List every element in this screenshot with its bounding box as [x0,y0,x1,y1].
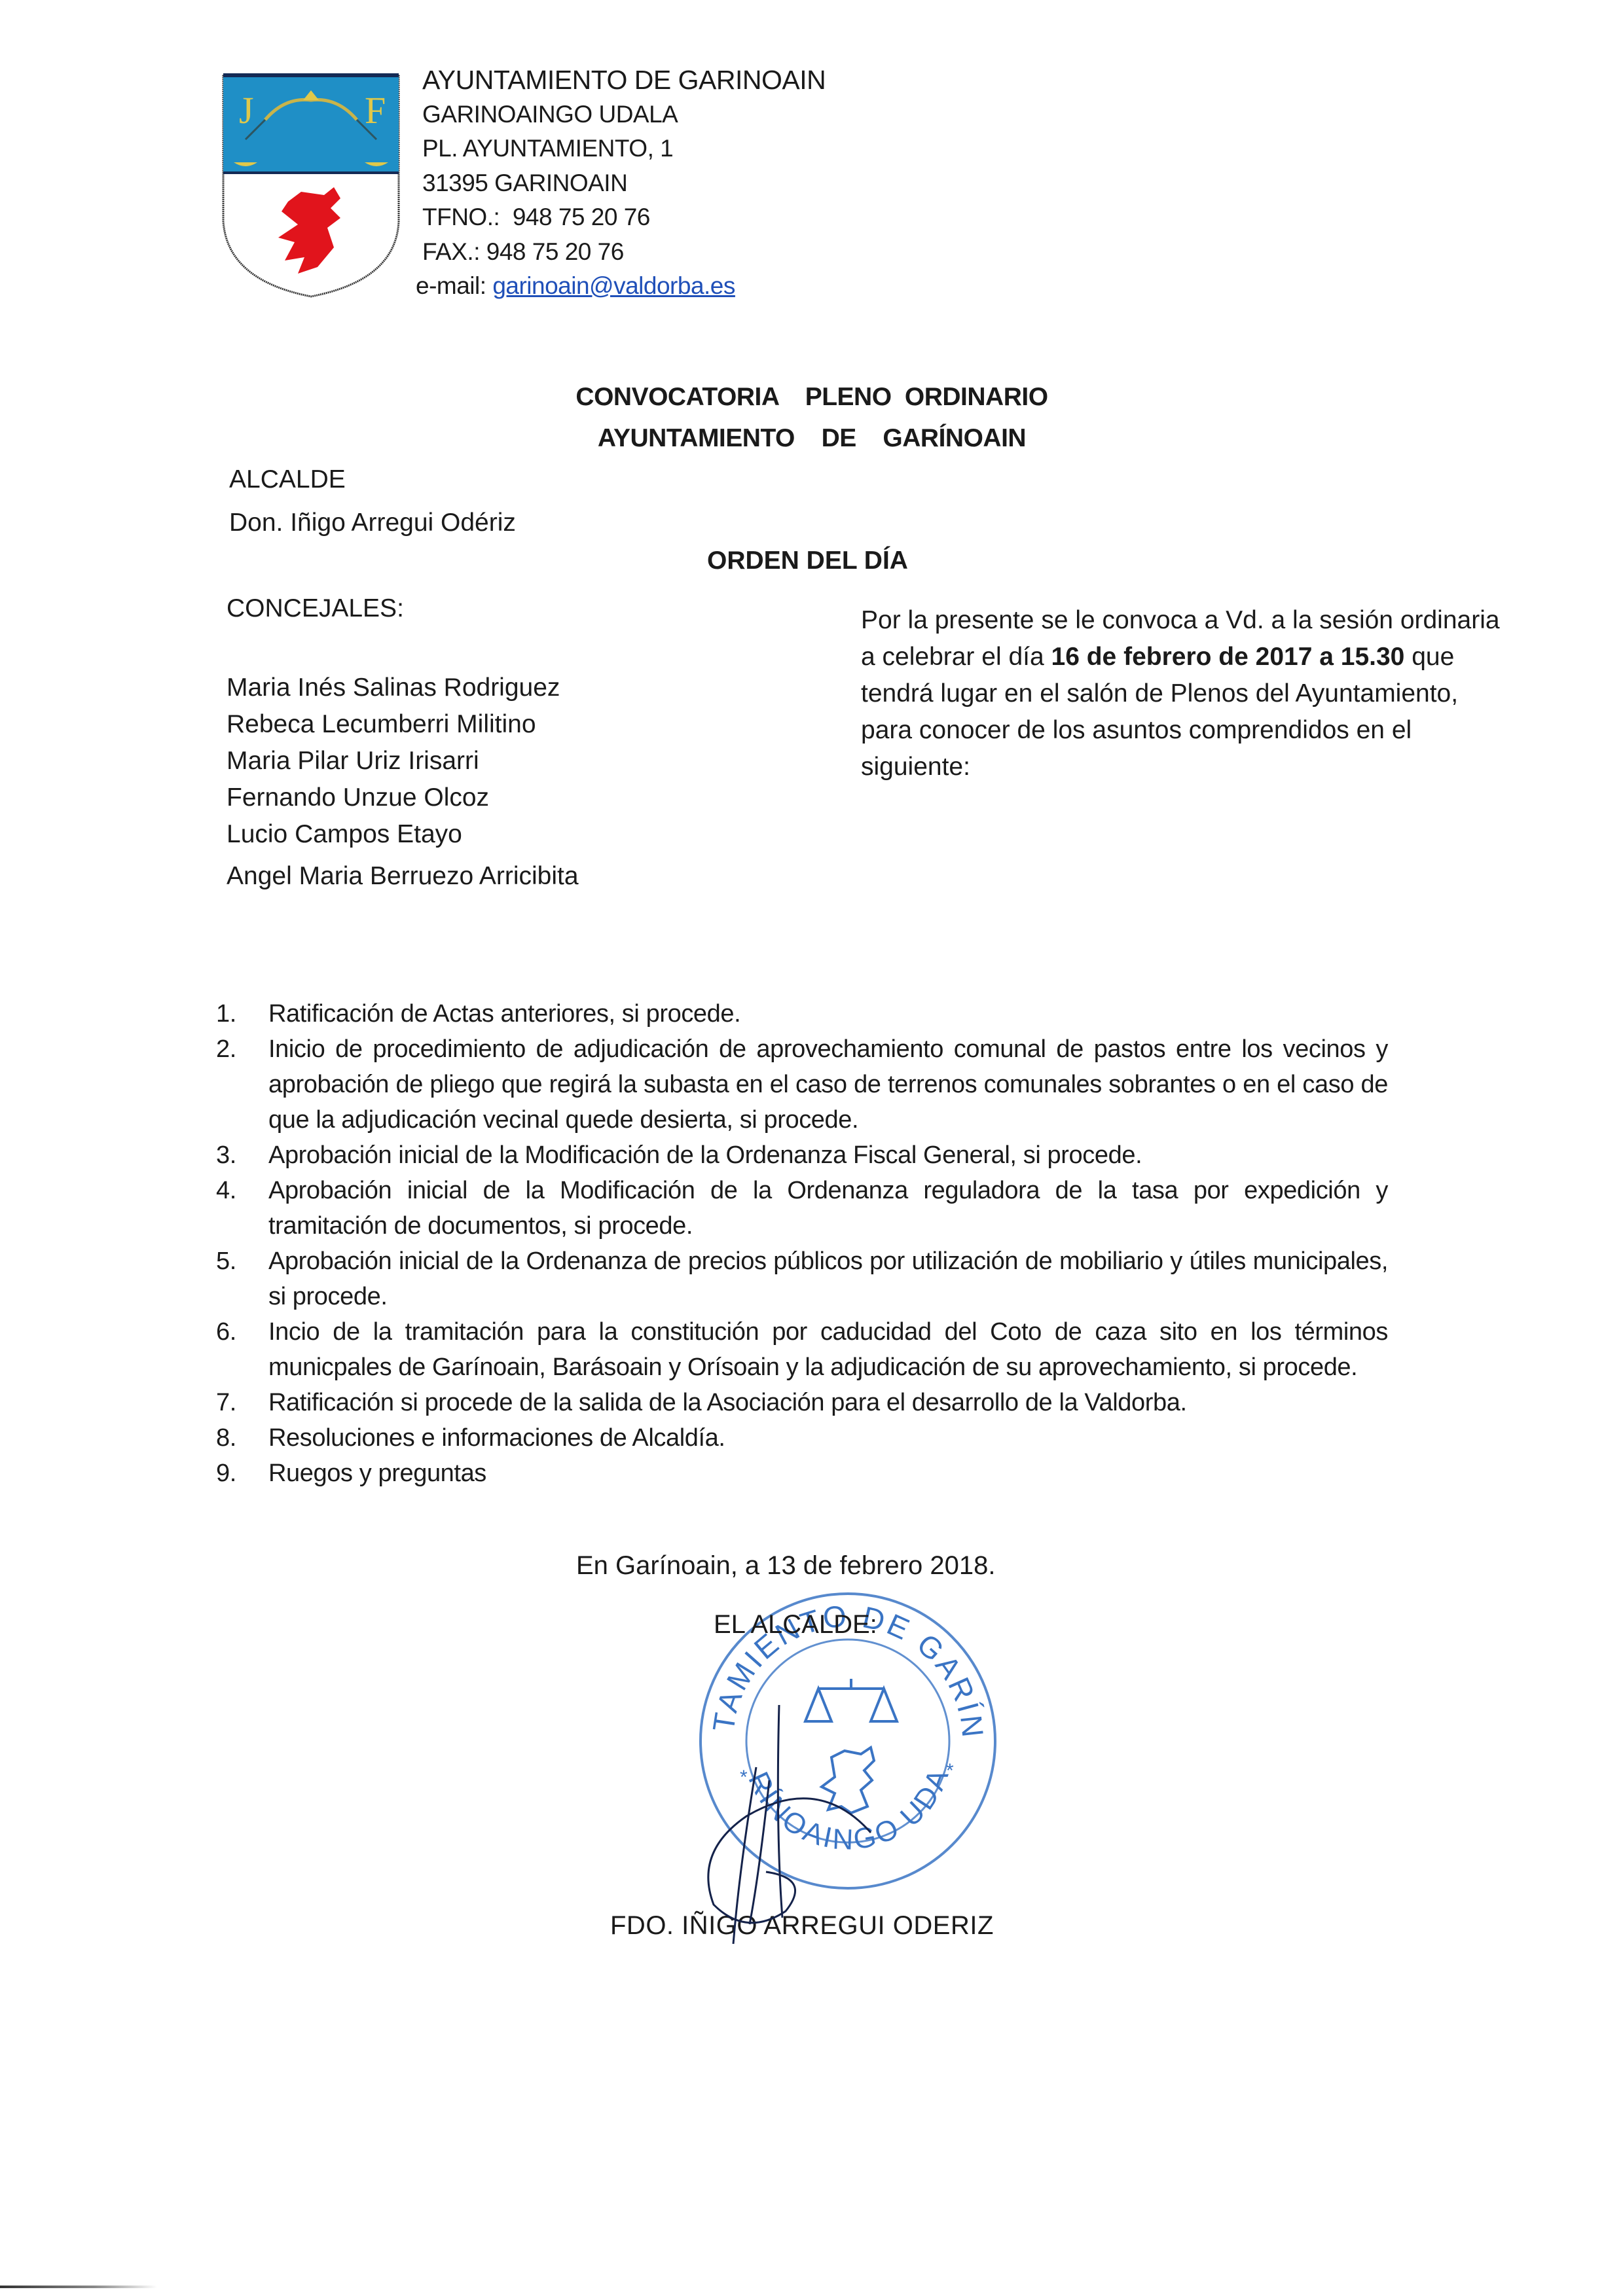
agenda-item-text: Ratificación de Actas anteriores, si pro… [268,996,1388,1031]
fax-number: 948 75 20 76 [486,238,624,265]
convocation-paragraph: Por la presente se le convoca a Vd. a la… [861,602,1503,785]
agenda-item: 4.Aprobación inicial de la Modificación … [216,1173,1388,1244]
agenda-item: 2.Inicio de procedimiento de adjudicació… [216,1031,1388,1138]
svg-text:J: J [239,89,254,132]
fax: FAX.: 948 75 20 76 [422,235,826,270]
agenda-item: 5.Aprobación inicial de la Ordenanza de … [216,1244,1388,1314]
councillor-name: Rebeca Lecumberri Militino [227,706,579,743]
session-date: 16 de febrero de 2017 a [1051,643,1334,671]
councillors-label: CONCEJALES: [227,594,404,623]
address: PL. AYUNTAMIENTO, 1 [422,132,826,166]
letterhead: AYUNTAMIENTO DE GARINOAIN GARINOAINGO UD… [422,63,826,304]
agenda-item-number: 4. [216,1173,268,1244]
coat-of-arms-icon: J F [219,71,403,300]
agenda-item: 1.Ratificación de Actas anteriores, si p… [216,996,1388,1031]
agenda-item-number: 6. [216,1314,268,1385]
councillor-name: Angel Maria Berruezo Arricibita [227,858,579,895]
agenda-item-number: 9. [216,1456,268,1491]
signer-title: EL ALCALDE: [714,1610,877,1640]
title-line-2: AYUNTAMIENTO DE GARÍNOAIN [563,418,1061,459]
postal-code: 31395 GARINOAIN [422,166,826,201]
phone-number: 948 75 20 76 [513,204,650,230]
mayor-block: ALCALDE Don. Iñigo Arregui Odériz [229,458,516,545]
councillor-name: Maria Pilar Uriz Irisarri [227,743,579,780]
agenda-item-number: 8. [216,1420,268,1456]
councillor-name: Lucio Campos Etayo [227,816,579,853]
mayor-name: Don. Iñigo Arregui Odériz [229,501,516,545]
agenda-item: 3.Aprobación inicial de la Modificación … [216,1138,1388,1173]
handwritten-signature-icon [687,1702,884,1950]
phone: TFNO.: 948 75 20 76 [422,200,826,235]
agenda-list: 1.Ratificación de Actas anteriores, si p… [216,996,1388,1491]
agenda-item-text: Inicio de procedimiento de adjudicación … [268,1031,1388,1138]
agenda-item-text: Aprobación inicial de la Modificación de… [268,1173,1388,1244]
agenda-item: 6.Incio de la tramitación para la consti… [216,1314,1388,1385]
svg-text:*: * [946,1760,954,1782]
svg-text:F: F [365,89,386,132]
agenda-item: 7.Ratificación si procede de la salida d… [216,1385,1388,1420]
scan-artifact-line [0,2286,157,2288]
agenda-item-number: 7. [216,1385,268,1420]
email-link[interactable]: garinoain@valdorba.es [492,272,735,299]
place-date: En Garínoain, a 13 de febrero 2018. [576,1551,995,1581]
agenda-item: 9.Ruegos y preguntas [216,1456,1388,1491]
agenda-heading: ORDEN DEL DÍA [707,547,908,575]
councillor-name: Maria Inés Salinas Rodriguez [227,670,579,706]
agenda-item-number: 3. [216,1138,268,1173]
agenda-item-text: Ratificación si procede de la salida de … [268,1385,1388,1420]
mayor-label: ALCALDE [229,458,516,501]
councillors-list: Maria Inés Salinas RodriguezRebeca Lecum… [227,670,579,895]
agenda-item-text: Aprobación inicial de la Ordenanza de pr… [268,1244,1388,1314]
org-name: AYUNTAMIENTO DE GARINOAIN [422,63,826,98]
session-time: 15.30 [1341,643,1405,671]
agenda-item-text: Incio de la tramitación para la constitu… [268,1314,1388,1385]
agenda-item-text: Ruegos y preguntas [268,1456,1388,1491]
councillor-name: Fernando Unzue Olcoz [227,780,579,816]
title-line-1: CONVOCATORIA PLENO ORDINARIO [563,376,1061,418]
agenda-item-number: 1. [216,996,268,1031]
agenda-item-text: Resoluciones e informaciones de Alcaldía… [268,1420,1388,1456]
agenda-item-number: 2. [216,1031,268,1138]
agenda-item-text: Aprobación inicial de la Modificación de… [268,1138,1388,1173]
agenda-item-number: 5. [216,1244,268,1314]
document-title: CONVOCATORIA PLENO ORDINARIO AYUNTAMIENT… [563,376,1061,459]
email: e-mail: garinoain@valdorba.es [416,269,826,304]
agenda-item: 8.Resoluciones e informaciones de Alcald… [216,1420,1388,1456]
org-name-basque: GARINOAINGO UDALA [422,98,826,132]
